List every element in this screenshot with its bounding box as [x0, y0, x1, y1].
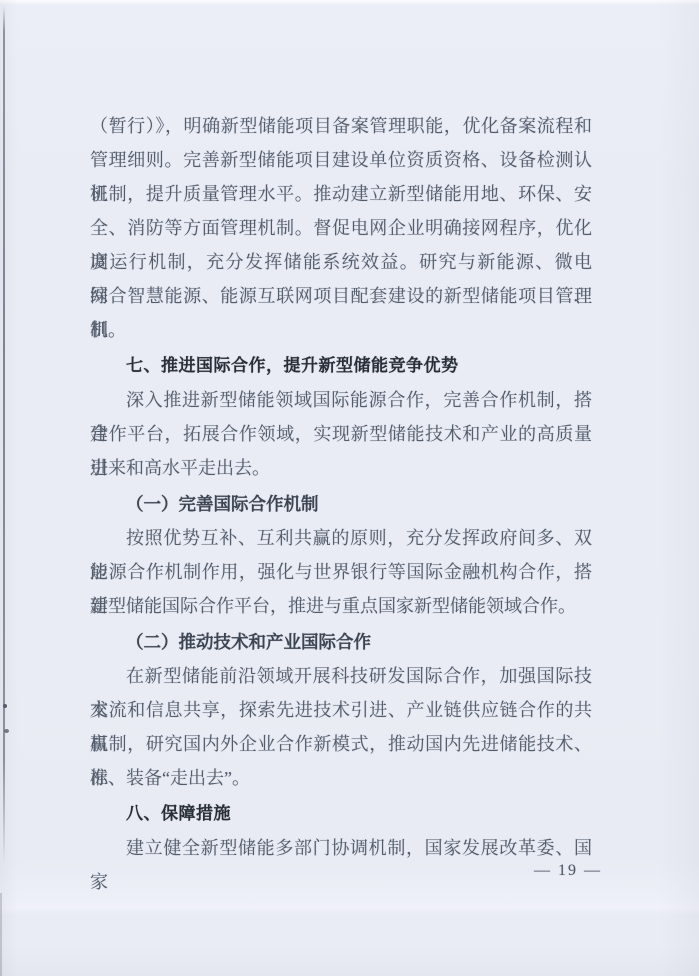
text-line: （暂行）》，明确新型储能项目备案管理职能，优化备案流程和	[90, 109, 592, 143]
text-line: 交流和信息共享，探索先进技术引进、产业链供应链合作的共赢	[90, 693, 592, 727]
document-body: （暂行）》，明确新型储能项目备案管理职能，优化备案流程和管理细则。完善新型储能项…	[90, 109, 592, 865]
scan-speck	[3, 704, 7, 708]
text-line: 合作平台，拓展合作领域，实现新型储能技术和产业的高质量引	[90, 417, 592, 451]
scan-speck	[4, 729, 9, 733]
text-line: 机制，研究国内外企业合作新模式，推动国内先进储能技术、标	[90, 727, 592, 761]
subsection-heading: （一）完善国际合作机制	[90, 487, 592, 521]
subsection-heading: （二）推动技术和产业国际合作	[90, 625, 592, 659]
text-line: 能源合作机制作用，强化与世界银行等国际金融机构合作，搭建	[90, 555, 592, 589]
text-line: 度运行机制，充分发挥储能系统效益。研究与新能源、微电网、	[90, 245, 592, 279]
text-line: 新型储能国际合作平台，推进与重点国家新型储能领域合作。	[90, 589, 592, 623]
text-line: 准、装备“走出去”。	[90, 761, 592, 795]
text-line: 综合智慧能源、能源互联网项目配套建设的新型储能项目管理机	[90, 279, 592, 313]
scan-edge-smudge	[0, 893, 2, 976]
text-line: 制。	[90, 313, 592, 347]
text-line: 机制，提升质量管理水平。推动建立新型储能用地、环保、安	[90, 177, 592, 211]
scan-fold-line	[3, 6, 5, 864]
section-heading: 八、保障措施	[90, 797, 592, 831]
text-line: 按照优势互补、互利共赢的原则，充分发挥政府间多、双边	[90, 521, 592, 555]
section-heading: 七、推进国际合作，提升新型储能竞争优势	[90, 349, 592, 383]
text-line: 管理细则。完善新型储能项目建设单位资质资格、设备检测认证	[90, 143, 592, 177]
scanned-document-page: { "document": { "lines": [ { "style": "b…	[0, 0, 699, 976]
text-line: 深入推进新型储能领域国际能源合作，完善合作机制，搭建	[90, 383, 592, 417]
text-line: 全、消防等方面管理机制。督促电网企业明确接网程序，优化调	[90, 211, 592, 245]
page-number: — 19 —	[534, 862, 602, 880]
text-line: 在新型储能前沿领域开展科技研发国际合作，加强国际技术	[90, 659, 592, 693]
text-line: 建立健全新型储能多部门协调机制，国家发展改革委、国家	[90, 831, 592, 865]
text-line: 进来和高水平走出去。	[90, 451, 592, 485]
